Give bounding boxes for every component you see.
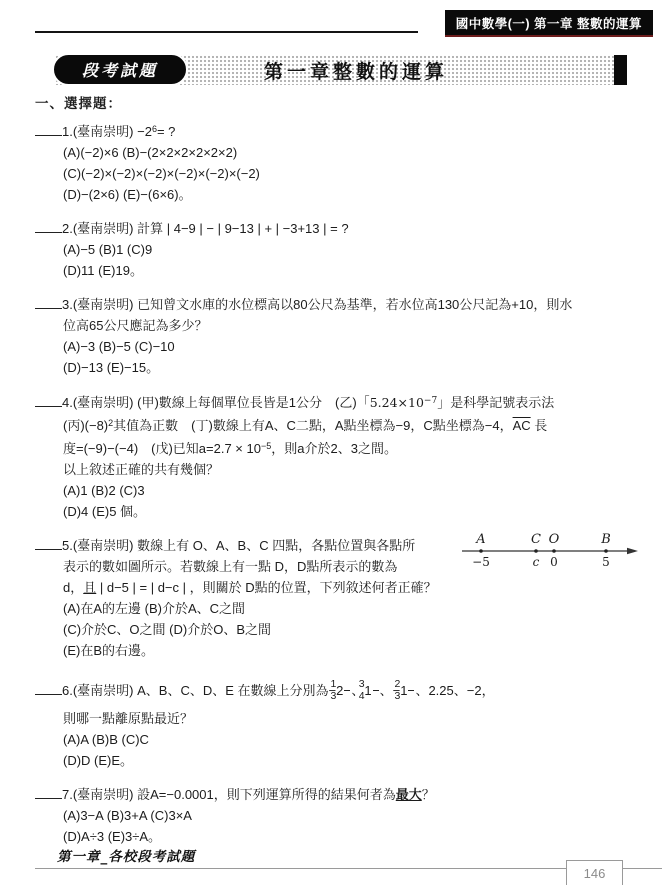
- option-line: (A)−5 (B)1 (C)9: [63, 239, 642, 260]
- point-value-B: 5: [602, 555, 610, 569]
- point-label-O: O: [549, 532, 560, 547]
- stem-text: 度=(−9)−(−4) (戊)已知a=2.7 × 10: [63, 441, 261, 456]
- fraction: 13: [344, 679, 350, 703]
- question-number: 4.: [62, 395, 73, 410]
- question-source: (臺南崇明): [73, 787, 134, 802]
- option-line: (D)A÷3 (E)3÷A。: [63, 826, 642, 847]
- stem-text: 位高65公尺應記為多少？: [63, 315, 642, 336]
- question-7: 7.(臺南崇明) 設A=−0.0001，則下列運算所得的結果何者為最大？ (A)…: [35, 784, 642, 847]
- point-value-C: c: [533, 555, 540, 569]
- stem-text: 以上敘述正確的共有幾個？: [63, 459, 642, 480]
- question-list: 一、選擇題： 1.(臺南崇明) −26= ? (A)(−2)×6 (B)−(2×…: [35, 92, 642, 860]
- stem-text: ，則a介於2、3之間。: [271, 441, 397, 456]
- exponent: −5: [261, 441, 271, 451]
- option-line: (D)−(2×6) (E)−(6×6)。: [63, 184, 642, 205]
- chapter-badge: 國中數學(一) 第一章 整數的運算: [445, 10, 653, 37]
- point-label-B: B: [600, 532, 611, 547]
- question-source: (臺南崇明): [73, 538, 134, 553]
- question-4: 4.(臺南崇明) (甲)數線上每個單位長皆是1公分 (乙)「5.24×10−7」…: [35, 391, 642, 522]
- segment-AC-overline: AC: [513, 418, 531, 433]
- point-value-O: 0: [550, 555, 558, 569]
- answer-blank: [35, 681, 62, 695]
- option-line: (A)3−A (B)3+A (C)3×A: [63, 805, 642, 826]
- stem-text: 計算 | 4−9 | − | 9−13 | + | −3+13 | = ?: [134, 221, 349, 236]
- stem-text: ？: [422, 787, 435, 802]
- question-1-stem: 1.(臺南崇明) −26= ?: [63, 119, 642, 142]
- option-line: (D)−13 (E)−15。: [63, 357, 642, 378]
- option-line: (A)1 (B)2 (C)3: [63, 480, 642, 501]
- point-C-dot: [534, 549, 538, 553]
- answer-blank: [35, 536, 62, 550]
- mixed-number: 1: [364, 683, 371, 698]
- point-A-dot: [479, 549, 483, 553]
- stem-text: 其值為正數 (丁)數線上有A、C二點，A點坐標為−9，C點坐標為−4，: [113, 418, 512, 433]
- point-O-dot: [552, 549, 556, 553]
- answer-blank: [35, 295, 62, 309]
- stem-text: (丙)(−8)2其值為正數 (丁)數線上有A、C二點，A點坐標為−9，C點坐標為…: [63, 413, 642, 436]
- stem-text: A、B、C、D、E 在數線上分別為: [134, 683, 329, 698]
- stem-text: 則哪一點離原點最近？: [63, 708, 642, 729]
- footer-chapter-label: 第一章_各校段考試題: [57, 845, 195, 865]
- question-1: 1.(臺南崇明) −26= ? (A)(−2)×6 (B)−(2×2×2×2×2…: [35, 119, 642, 205]
- question-source: (臺南崇明): [73, 395, 134, 410]
- option-line: (A)(−2)×6 (B)−(2×2×2×2×2×2): [63, 142, 642, 163]
- question-6-stem: 6.(臺南崇明) A、B、C、D、E 在數線上分別為−213、134、−123、…: [63, 674, 642, 708]
- fraction: 34: [373, 679, 379, 703]
- option-line: (C)介於C、O之間 (D)介於O、B之間: [63, 619, 642, 640]
- point-label-C: C: [531, 532, 541, 547]
- section-label: 一、選擇題：: [35, 92, 642, 112]
- number-line-arrow-icon: [627, 548, 638, 554]
- stem-text: 設A=−0.0001，則下列運算所得的結果何者為: [134, 787, 396, 802]
- number-line-figure: A C O B −5 c 0 5: [460, 527, 642, 573]
- banner-end-block: [614, 55, 627, 85]
- question-number: 3.: [62, 297, 73, 312]
- stem-text: d，: [63, 580, 83, 595]
- question-4-stem: 4.(臺南崇明) (甲)數線上每個單位長皆是1公分 (乙)「5.24×10−7」…: [63, 391, 642, 413]
- point-B-dot: [604, 549, 608, 553]
- title-banner: 第一章整數的運算 段考試題: [55, 55, 627, 85]
- option-line: (D)11 (E)19。: [63, 260, 642, 281]
- fraction-denominator: 3: [344, 690, 350, 702]
- stem-text: 、2.25、−2，: [415, 683, 494, 698]
- stem-text: 數線上有 O、A、B、C 四點，各點位置與各點所: [134, 538, 416, 553]
- underlined-text: 且: [83, 580, 96, 595]
- question-5: A C O B −5 c 0 5 5.(臺南崇明) 數線上有 O、A、B、C 四…: [35, 535, 642, 661]
- stem-text: −2: [134, 124, 152, 139]
- stem-text: | d−5 | = | d−c | ，則關於 D點的位置，下列敘述何者正確？: [96, 580, 436, 595]
- question-2: 2.(臺南崇明) 計算 | 4−9 | − | 9−13 | + | −3+13…: [35, 218, 642, 281]
- question-7-stem: 7.(臺南崇明) 設A=−0.0001，則下列運算所得的結果何者為最大？: [63, 784, 642, 805]
- point-value-A: −5: [472, 555, 490, 569]
- fraction-numerator: 2: [408, 679, 414, 690]
- fraction: 23: [408, 679, 414, 703]
- question-number: 1.: [62, 124, 73, 139]
- option-line: (D)D (E)E。: [63, 750, 642, 771]
- fraction-numerator: 3: [373, 679, 379, 690]
- stem-text: 度=(−9)−(−4) (戊)已知a=2.7 × 10−5，則a介於2、3之間。: [63, 436, 642, 459]
- question-source: (臺南崇明): [73, 683, 134, 698]
- stem-text: d，且 | d−5 | = | d−c | ，則關於 D點的位置，下列敘述何者正…: [63, 577, 642, 598]
- stem-text: (丙)(−8): [63, 418, 108, 433]
- question-number: 7.: [62, 787, 73, 802]
- answer-blank: [35, 219, 62, 233]
- question-number: 2.: [62, 221, 73, 236]
- page-number: 146: [566, 860, 623, 885]
- option-line: (D)4 (E)5 個。: [63, 501, 642, 522]
- option-line: (A)A (B)B (C)C: [63, 729, 642, 750]
- stem-text: 長: [531, 418, 548, 433]
- fraction-numerator: 1: [344, 679, 350, 690]
- scientific-notation: 5.24×10: [370, 395, 424, 410]
- exam-page: 國中數學(一) 第一章 整數的運算 第一章整數的運算 段考試題 一、選擇題： 1…: [0, 0, 662, 885]
- exponent: −7: [424, 396, 437, 406]
- question-number: 5.: [62, 538, 73, 553]
- underlined-text: 最大: [396, 787, 422, 802]
- fraction-denominator: 3: [408, 690, 414, 702]
- stem-text: (甲)數線上每個單位長皆是1公分 (乙)「: [134, 395, 370, 410]
- stem-text: = ?: [157, 124, 175, 139]
- answer-blank: [35, 122, 62, 136]
- question-2-stem: 2.(臺南崇明) 計算 | 4−9 | − | 9−13 | + | −3+13…: [63, 218, 642, 239]
- option-line: (C)(−2)×(−2)×(−2)×(−2)×(−2)×(−2): [63, 163, 642, 184]
- fraction-denominator: 4: [373, 690, 379, 702]
- question-6: 6.(臺南崇明) A、B、C、D、E 在數線上分別為−213、134、−123、…: [35, 674, 642, 771]
- question-source: (臺南崇明): [73, 221, 134, 236]
- question-3: 3.(臺南崇明) 已知曾文水庫的水位標高以80公尺為基準，若水位高130公尺記為…: [35, 294, 642, 378]
- option-line: (A)−3 (B)−5 (C)−10: [63, 336, 642, 357]
- question-source: (臺南崇明): [73, 297, 134, 312]
- option-line: (A)在A的左邊 (B)介於A、C之間: [63, 598, 642, 619]
- point-label-A: A: [475, 532, 485, 547]
- answer-blank: [35, 785, 62, 799]
- question-3-stem: 3.(臺南崇明) 已知曾文水庫的水位標高以80公尺為基準，若水位高130公尺記為…: [63, 294, 642, 315]
- stem-text: 」是科學記號表示法: [437, 395, 554, 410]
- stem-text: 已知曾文水庫的水位標高以80公尺為基準，若水位高130公尺記為+10，則水: [134, 297, 573, 312]
- option-line: (E)在B的右邊。: [63, 640, 642, 661]
- exam-type-pill: 段考試題: [52, 53, 188, 86]
- question-number: 6.: [62, 683, 73, 698]
- separator: 、: [380, 683, 393, 698]
- header-rule: [35, 31, 418, 33]
- answer-blank: [35, 393, 62, 407]
- question-source: (臺南崇明): [73, 124, 134, 139]
